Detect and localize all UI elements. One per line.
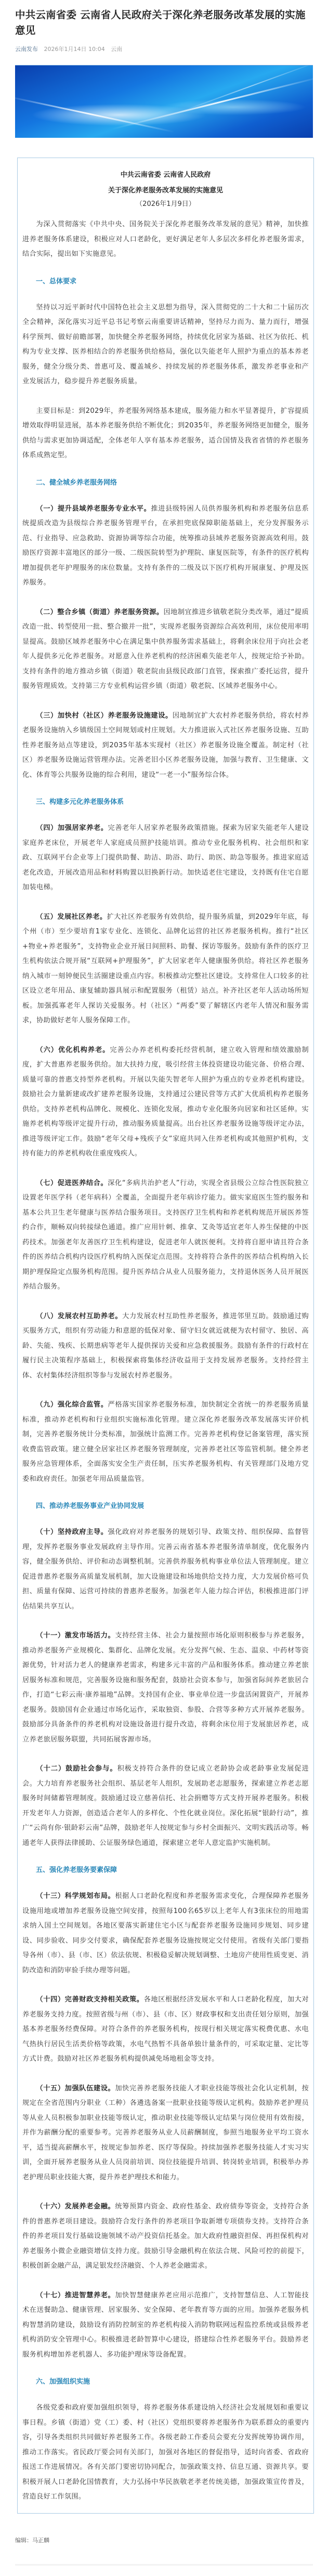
section-paragraph: （六）优化机构养老。完善公办养老机构委托经营机制，建立收入管理和绩效激励制度，扩… (22, 1043, 309, 1162)
section-heading: 五、强化养老服务要素保障 (22, 1865, 309, 1876)
section-paragraph: （九）强化综合监管。严格落实国家养老服务标准，加快制定全省统一的养老服务质量标准… (22, 1398, 309, 1487)
section-paragraph: （十三）科学规划布局。根据人口老龄化程度和养老服务需求变化，合理保障养老服务设施… (22, 1889, 309, 1978)
paragraph-lead-title: （十二）鼓励社会参与。 (36, 1765, 117, 1773)
paragraph-lead-title: （五）发展社区养老。 (36, 913, 107, 921)
paragraph-text: 坚持以习近平新时代中国特色社会主义思想为指导，深入贯彻党的二十大和二十届历次全会… (22, 304, 309, 386)
paragraph-text: 完善公办养老机构委托经营机制，建立收入管理和绩效激励制度，扩大普惠养老服务供给。… (22, 1046, 309, 1158)
light-streak-decoration (112, 75, 313, 130)
article-page: 中共云南省委 云南省人民政府关于深化养老服务改革发展的实施意见 云南发布 202… (0, 0, 328, 2576)
section-paragraph: （三）加快村（社区）养老服务设施建设。因地制宜扩大农村养老服务供给，将农村养老服… (22, 709, 309, 783)
paragraph-lead-title: （十三）科学规划布局。 (36, 1892, 115, 1900)
article-title: 中共云南省委 云南省人民政府关于深化养老服务改革发展的实施意见 (15, 7, 313, 38)
paragraph-text: 统筹预算内资金、政府性基金、政府债券等资金，支持符合条件的普惠养老项目建设。鼓励… (22, 2203, 309, 2270)
paragraph-lead-title: （十四）完善财政支持相关政策。 (36, 1996, 143, 2003)
section-paragraph: （一）提升县域养老服务专业水平。推进县级特困人员供养服务机构和养老服务信息系统提… (22, 502, 309, 591)
paragraph-text: 扩大社区养老服务有效供给，提升服务质量，到2029年年底，每个州（市）至少要培育… (22, 913, 309, 1025)
paragraph-text: 完善老年人居家养老服务政策措施。探索为居家失能老年人建设家庭养老床位，开展老年人… (22, 824, 309, 891)
section-paragraph: （十二）鼓励社会参与。积极支持符合条件的登记成立老龄协会或老龄事业发展促进会。大… (22, 1762, 309, 1851)
section-paragraph: （二）整合乡镇（街道）养老服务资源。因地制宜推进乡镇敬老院分类改革，通过“提质改… (22, 605, 309, 694)
paragraph-text: 主要目标是：到2029年，养老服务网络基本建成，服务能力和水平显著提升，扩容提质… (22, 407, 309, 460)
paragraph-text: 因地制宜推进乡镇敬老院分类改革，通过“提质改造一批、转型使用一批、整合撤并一批”… (22, 608, 309, 691)
paragraph-text: 严格落实国家养老服务标准，加快制定全省统一的养老服务质量标准，推动养老机构和行业… (22, 1401, 309, 1483)
paragraph-lead-title: （十一）激发市场活力。 (36, 1632, 115, 1640)
section-paragraph: （四）加强居家养老。完善老年人居家养老服务政策措施。探索为居家失能老年人建设家庭… (22, 821, 309, 895)
paragraph-lead-title: （十六）发展养老金融。 (36, 2203, 115, 2210)
section-heading: 四、推动养老服务事业产业协同发展 (22, 1501, 309, 1512)
paragraph-lead-title: （十七）推进智慧养老。 (36, 2292, 115, 2299)
section-paragraph: 坚持以习近平新时代中国特色社会主义思想为指导，深入贯彻党的二十大和二十届历次全会… (22, 301, 309, 389)
paragraph-text: 根据人口老龄化程度和养老服务需求变化，合理保障养老服务设施用地或增加养老服务设施… (22, 1892, 309, 1974)
section-paragraph: （十五）加强队伍建设。加快完善养老服务技能人才职业技能等级社会化认定机制，按规定… (22, 2081, 309, 2185)
paragraph-text: 加快完善养老服务技能人才职业技能等级社会化认定机制，按规定在全省范围内分职业（工… (22, 2085, 309, 2181)
paragraph-text: 强化政府对养老服务的规划引导、政策支持、组织保障、监督管理，发挥养老服务事业发展… (22, 1528, 309, 1610)
document-body-box: 中共云南省委 云南省人民政府 关于深化养老服务改革发展的实施意见 （2026年1… (17, 158, 314, 2514)
article-date: 2026年1月14日 10:04 (44, 46, 105, 53)
paragraph-text: 各级党委和政府要加强组织领导，将养老服务体系建设纳入经济社会发展规划和重要议事日… (22, 2404, 309, 2501)
sections-container: 一、总体要求坚持以习近平新时代中国特色社会主义思想为指导，深入贯彻党的二十大和二… (22, 277, 309, 2505)
section-paragraph: （八）发展农村互助养老。大力发展农村互助性养老服务，推进邻里互助。鼓励通过购买服… (22, 1309, 309, 1384)
paragraph-text: 支持经营主体、社会力量按照市场化原则积极参与养老服务，推动养老服务产业规模化、集… (22, 1632, 309, 1744)
paragraph-text: 积极支持符合条件的登记成立老龄协会或老龄事业发展促进会。大力培育养老服务社会组织… (22, 1765, 309, 1847)
article-source[interactable]: 云南发布 (15, 46, 38, 53)
paragraph-lead-title: （四）加强居家养老。 (36, 824, 108, 832)
paragraph-lead-title: （二）整合乡镇（街道）养老服务资源。 (36, 608, 163, 616)
paragraph-text: 推进县级特困人员供养服务机构和养老服务信息系统提质改造为县级综合养老服务管理平台… (22, 505, 309, 587)
article-meta: 云南发布 2026年1月14日 10:04 云南 (15, 46, 313, 53)
section-paragraph: （十六）发展养老金融。统筹预算内资金、政府性基金、政府债券等资金，支持符合条件的… (22, 2200, 309, 2274)
intro-paragraph: 为深入贯彻落实《中共中央、国务院关于深化养老服务改革发展的意见》精神，加快推进养… (22, 217, 309, 262)
document-heading-line2: 关于深化养老服务改革发展的实施意见 (22, 183, 309, 199)
paragraph-lead-title: （十五）加强队伍建设。 (36, 2085, 115, 2092)
section-paragraph: 主要目标是：到2029年，养老服务网络基本建成，服务能力和水平显著提升，扩容提质… (22, 404, 309, 463)
paragraph-lead-title: （九）强化综合监管。 (36, 1401, 108, 1409)
editor-credit: 编辑：马正麟 (15, 2537, 313, 2544)
paragraph-text: 因地制宜扩大农村养老服务供给，将农村养老服务设施纳入乡镇级国土空间规划或村庄规划… (22, 712, 309, 779)
section-heading: 三、构建多元化养老服务体系 (22, 797, 309, 808)
header-banner-image (15, 65, 313, 138)
section-paragraph: 各级党委和政府要加强组织领导，将养老服务体系建设纳入经济社会发展规划和重要议事日… (22, 2401, 309, 2505)
paragraph-lead-title: （六）优化机构养老。 (36, 1046, 110, 1054)
section-paragraph: （七）促进医养结合。深化“多病共治护老人”行动，实现全省县级公立综合性医院独立设… (22, 1176, 309, 1295)
paragraph-text: 各地区根据经济发展水平和人口老龄化程度，加大对养老服务支持力度。按照省级与州（市… (22, 1996, 309, 2063)
paragraph-lead-title: （七）促进医养结合。 (36, 1179, 108, 1187)
article-location: 云南 (111, 46, 122, 53)
paragraph-text: 深化“多病共治护老人”行动，实现全省县级公立综合性医院独立设置老年医学科（老年病… (22, 1179, 309, 1291)
section-paragraph: （十七）推进智慧养老。加快智慧健康养老应用示范推广，支持智慧信息、人工智能技术在… (22, 2288, 309, 2363)
paragraph-lead-title: （三）加快村（社区）养老服务设施建设。 (36, 712, 172, 720)
document-date: （2026年1月9日） (22, 199, 309, 210)
section-heading: 一、总体要求 (22, 277, 309, 287)
paragraph-lead-title: （十）坚持政府主导。 (36, 1528, 108, 1536)
section-paragraph: （十一）激发市场活力。支持经营主体、社会力量按照市场化原则积极参与养老服务，推动… (22, 1629, 309, 1747)
light-streak-decoration (15, 96, 175, 133)
paragraph-text: 大力发展农村互助性养老服务，推进邻里互助。鼓励通过购买服务方式，组织有劳动能力和… (22, 1312, 309, 1380)
footer-divider (15, 2564, 313, 2566)
section-paragraph: （五）发展社区养老。扩大社区养老服务有效供给，提升服务质量，到2029年年底，每… (22, 910, 309, 1029)
section-heading: 六、加强组织实施 (22, 2377, 309, 2387)
section-paragraph: （十）坚持政府主导。强化政府对养老服务的规划引导、政策支持、组织保障、监督管理，… (22, 1525, 309, 1614)
section-paragraph: （十四）完善财政支持相关政策。各地区根据经济发展水平和人口老龄化程度，加大对养老… (22, 1993, 309, 2067)
paragraph-lead-title: （一）提升县域养老服务专业水平。 (36, 505, 151, 513)
paragraph-lead-title: （八）发展农村互助养老。 (36, 1312, 122, 1320)
document-heading-line1: 中共云南省委 云南省人民政府 (22, 167, 309, 183)
section-heading: 二、健全城乡养老服务网络 (22, 478, 309, 488)
paragraph-text: 加快智慧健康养老应用示范推广，支持智慧信息、人工智能技术在送餐助急、健康管理、居… (22, 2292, 309, 2359)
